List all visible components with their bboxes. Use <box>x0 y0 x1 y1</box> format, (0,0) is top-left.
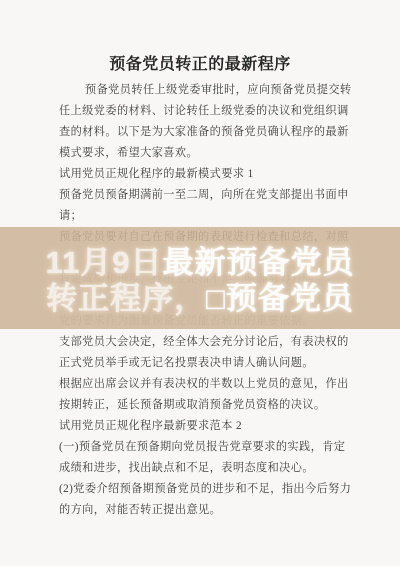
text-line: 正式党员举手或无记名投票表决申请人确认问题。 <box>59 353 349 374</box>
text-line: 预备党员转任上级党委审批时，应向预备党员提交转 <box>59 80 349 101</box>
overlay-date-text: 11月9日 <box>45 245 162 280</box>
text-line: 的方向，对能否转正提出意见。 <box>59 500 349 521</box>
overlay-headline-text2: 转正程序， <box>46 281 206 316</box>
text-line: 预备党员预备期满前一至二周，向所在党支部提出书面申 <box>59 185 349 206</box>
text-line: 请； <box>59 206 349 227</box>
text-line: 查的材料。以下是为大家准备的预备党员确认程序的最新 <box>59 122 349 143</box>
article-title: 预备党员转正的最新程序 <box>0 51 400 74</box>
text-line: 试用党员正规化程序最新要求范本 2 <box>59 416 349 437</box>
overlay-headline-text3: □预备党员 <box>206 281 354 316</box>
overlay-headline-line2: 转正程序，□预备党员 <box>0 281 400 317</box>
text-line: 任上级党委的材料、讨论转任上级党委的决议和党组织调 <box>59 101 349 122</box>
text-line: (一)预备党员在预备期向党员报告党章要求的实践，肯定 <box>59 437 349 458</box>
text-line: 按期转正，延长预备期或取消预备党员资格的决议。 <box>59 395 349 416</box>
overlay-headline-text1: 最新预备党员 <box>163 245 355 280</box>
text-line: 模式要求，希望大家喜欢。 <box>59 143 349 164</box>
text-line: 试用党员正规化程序的最新模式要求 1 <box>59 164 349 185</box>
overlay-headline: 11月9日最新预备党员 转正程序，□预备党员 <box>0 245 400 317</box>
article-page: 预备党员转正的最新程序 预备党员转任上级党委审批时，应向预备党员提交转任上级党委… <box>0 0 400 566</box>
text-line: 根据应出席会议并有表决权的半数以上党员的意见，作出 <box>59 374 349 395</box>
text-line: (2)党委介绍预备期预备党员的进步和不足，指出今后努力 <box>59 479 349 500</box>
overlay-headline-line1: 11月9日最新预备党员 <box>0 245 400 281</box>
text-line: 支部党员大会决定，经全体大会充分讨论后，有表决权的 <box>59 332 349 353</box>
text-line: 成绩和进步，找出缺点和不足，表明态度和决心。 <box>59 458 349 479</box>
